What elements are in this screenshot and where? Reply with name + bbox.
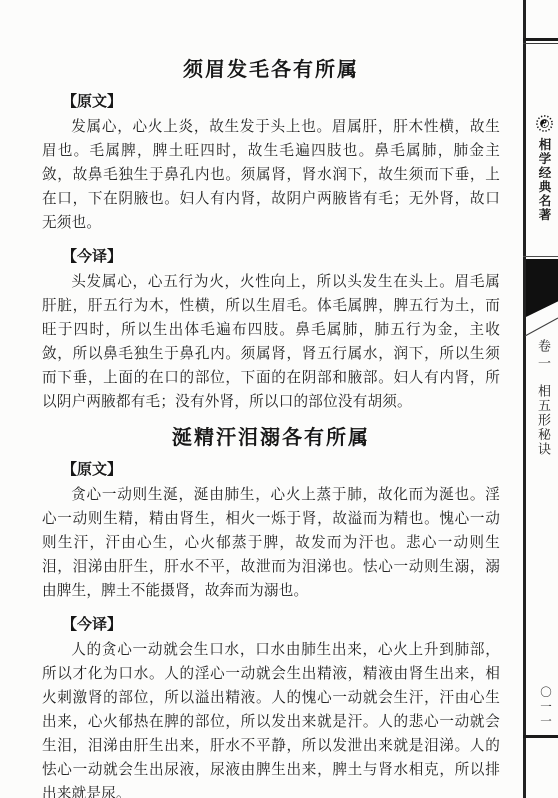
translation-paragraph-2: 人的贪心一动就会生口水，口水由肺生出来，心火上升到肺部，所以才化为口水。人的淫心… xyxy=(42,638,500,798)
translation-label-1: 【今译】 xyxy=(42,249,500,265)
corner-tab xyxy=(526,259,558,317)
spine-volume-label: 卷一 xyxy=(537,339,553,373)
spine-top-rule-thin xyxy=(523,43,558,44)
original-text-paragraph-2: 贪心一动则生涎，涎由肺生，心火上蒸于肺，故化而为涎也。淫心一动则生精，精由肾生，… xyxy=(42,483,500,603)
original-text-label-1: 【原文】 xyxy=(42,94,500,110)
section-title-2: 涎精汗泪溺各有所属 xyxy=(42,426,500,450)
original-text-paragraph-1: 发属心，心火上炎，故生发于头上也。眉属肝，肝木性横，故生眉也。毛属脾，脾土旺四时… xyxy=(42,115,500,235)
spine-series-title: 相学经典名著 xyxy=(537,138,553,222)
page-number: 〇一一 xyxy=(539,686,553,730)
taiji-bagua-icon xyxy=(536,115,553,132)
translation-paragraph-1: 头发属心，心五行为火，火性向上，所以头发生在头上。眉毛属肝脏，肝五行为木，性横，… xyxy=(42,270,500,414)
original-text-label-2: 【原文】 xyxy=(42,462,500,478)
section-title-1: 须眉发毛各有所属 xyxy=(42,58,500,82)
translation-label-2: 【今译】 xyxy=(42,617,500,633)
scanned-book-page: { "page": { "background_color": "#fcfcfb… xyxy=(0,0,558,798)
spine-vertical-rule xyxy=(523,0,526,798)
spine-mid-rule xyxy=(523,256,558,257)
spine-volume-title: 相五形秘诀 xyxy=(537,384,553,457)
spine-top-rule-thick xyxy=(523,38,558,41)
spine-bottom-rule xyxy=(523,735,558,738)
corner-tab-stripe xyxy=(525,314,558,338)
main-content: 须眉发毛各有所属 【原文】 发属心，心火上炎，故生发于头上也。眉属肝，肝木性横，… xyxy=(42,0,500,798)
